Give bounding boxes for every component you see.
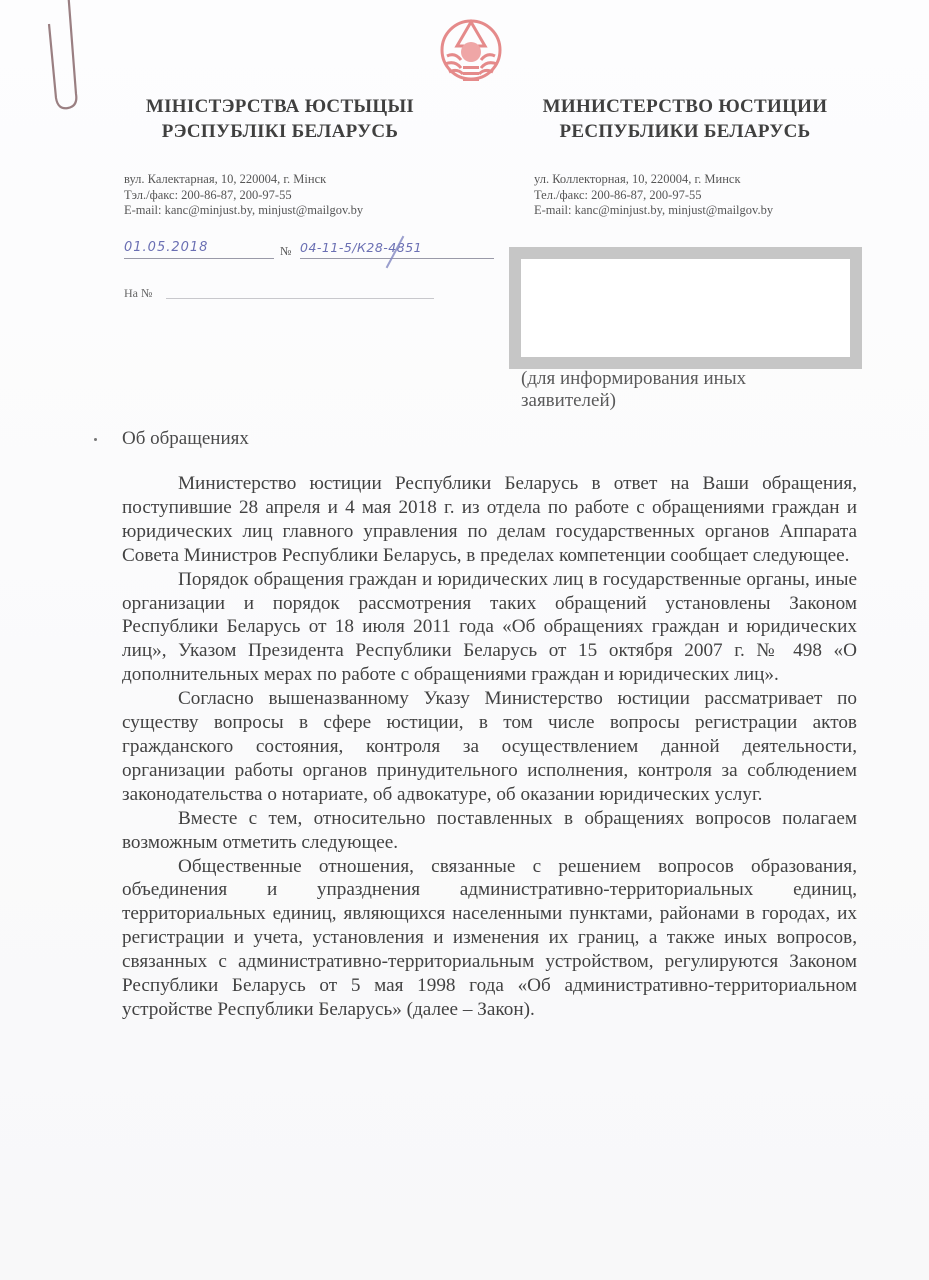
letter-body: Министерство юстиции Республики Беларусь…	[122, 472, 857, 1022]
incoming-reference-blank	[166, 298, 434, 299]
ministry-title-line2: РЕСПУБЛИКИ БЕЛАРУСЬ	[510, 119, 860, 144]
margin-mark	[94, 438, 97, 441]
address: ул. Коллекторная, 10, 220004, г. Минск	[534, 172, 773, 188]
outgoing-reference: 01.05.2018 № 04-11-5/К28-4851	[124, 240, 494, 262]
incoming-reference-label: На №	[124, 286, 152, 301]
address: вул. Калектарная, 10, 220004, г. Мінск	[124, 172, 363, 188]
redacted-recipient-box	[509, 247, 862, 369]
paperclip-icon	[36, 0, 86, 120]
letter-subject: Об обращениях	[122, 428, 249, 450]
handwritten-date: 01.05.2018	[124, 240, 274, 259]
ministry-title-line2: РЭСПУБЛІКІ БЕЛАРУСЬ	[110, 119, 450, 144]
body-paragraph: Согласно вышеназванному Указу Министерст…	[122, 687, 857, 807]
phone: Тэл./факс: 200-86-87, 200-97-55	[124, 188, 363, 204]
contact-block-russian: ул. Коллекторная, 10, 220004, г. Минск Т…	[534, 172, 773, 219]
ministry-title-russian: МИНИСТЕРСТВО ЮСТИЦИИ РЕСПУБЛИКИ БЕЛАРУСЬ	[510, 94, 860, 144]
contact-block-belarusian: вул. Калектарная, 10, 220004, г. Мінск Т…	[124, 172, 363, 219]
state-emblem-icon	[439, 16, 503, 84]
ministry-title-belarusian: МІНІСТЭРСТВА ЮСТЫЦЫІ РЭСПУБЛІКІ БЕЛАРУСЬ	[110, 94, 450, 144]
ministry-title-line1: МІНІСТЭРСТВА ЮСТЫЦЫІ	[110, 94, 450, 119]
email: E-mail: kanc@minjust.by, minjust@mailgov…	[534, 203, 773, 219]
body-paragraph: Вместе с тем, относительно поставленных …	[122, 807, 857, 855]
document-page: МІНІСТЭРСТВА ЮСТЫЦЫІ РЭСПУБЛІКІ БЕЛАРУСЬ…	[0, 0, 929, 1280]
recipient-note: (для информирования иных заявителей)	[521, 368, 841, 412]
number-label: №	[280, 244, 291, 259]
incoming-reference: На №	[124, 286, 434, 302]
body-paragraph: Порядок обращения граждан и юридических …	[122, 568, 857, 688]
phone: Тел./факс: 200-86-87, 200-97-55	[534, 188, 773, 204]
body-paragraph: Министерство юстиции Республики Беларусь…	[122, 472, 857, 568]
email: E-mail: kanc@minjust.by, minjust@mailgov…	[124, 203, 363, 219]
body-paragraph: Общественные отношения, связанные с реше…	[122, 855, 857, 1022]
ministry-title-line1: МИНИСТЕРСТВО ЮСТИЦИИ	[510, 94, 860, 119]
